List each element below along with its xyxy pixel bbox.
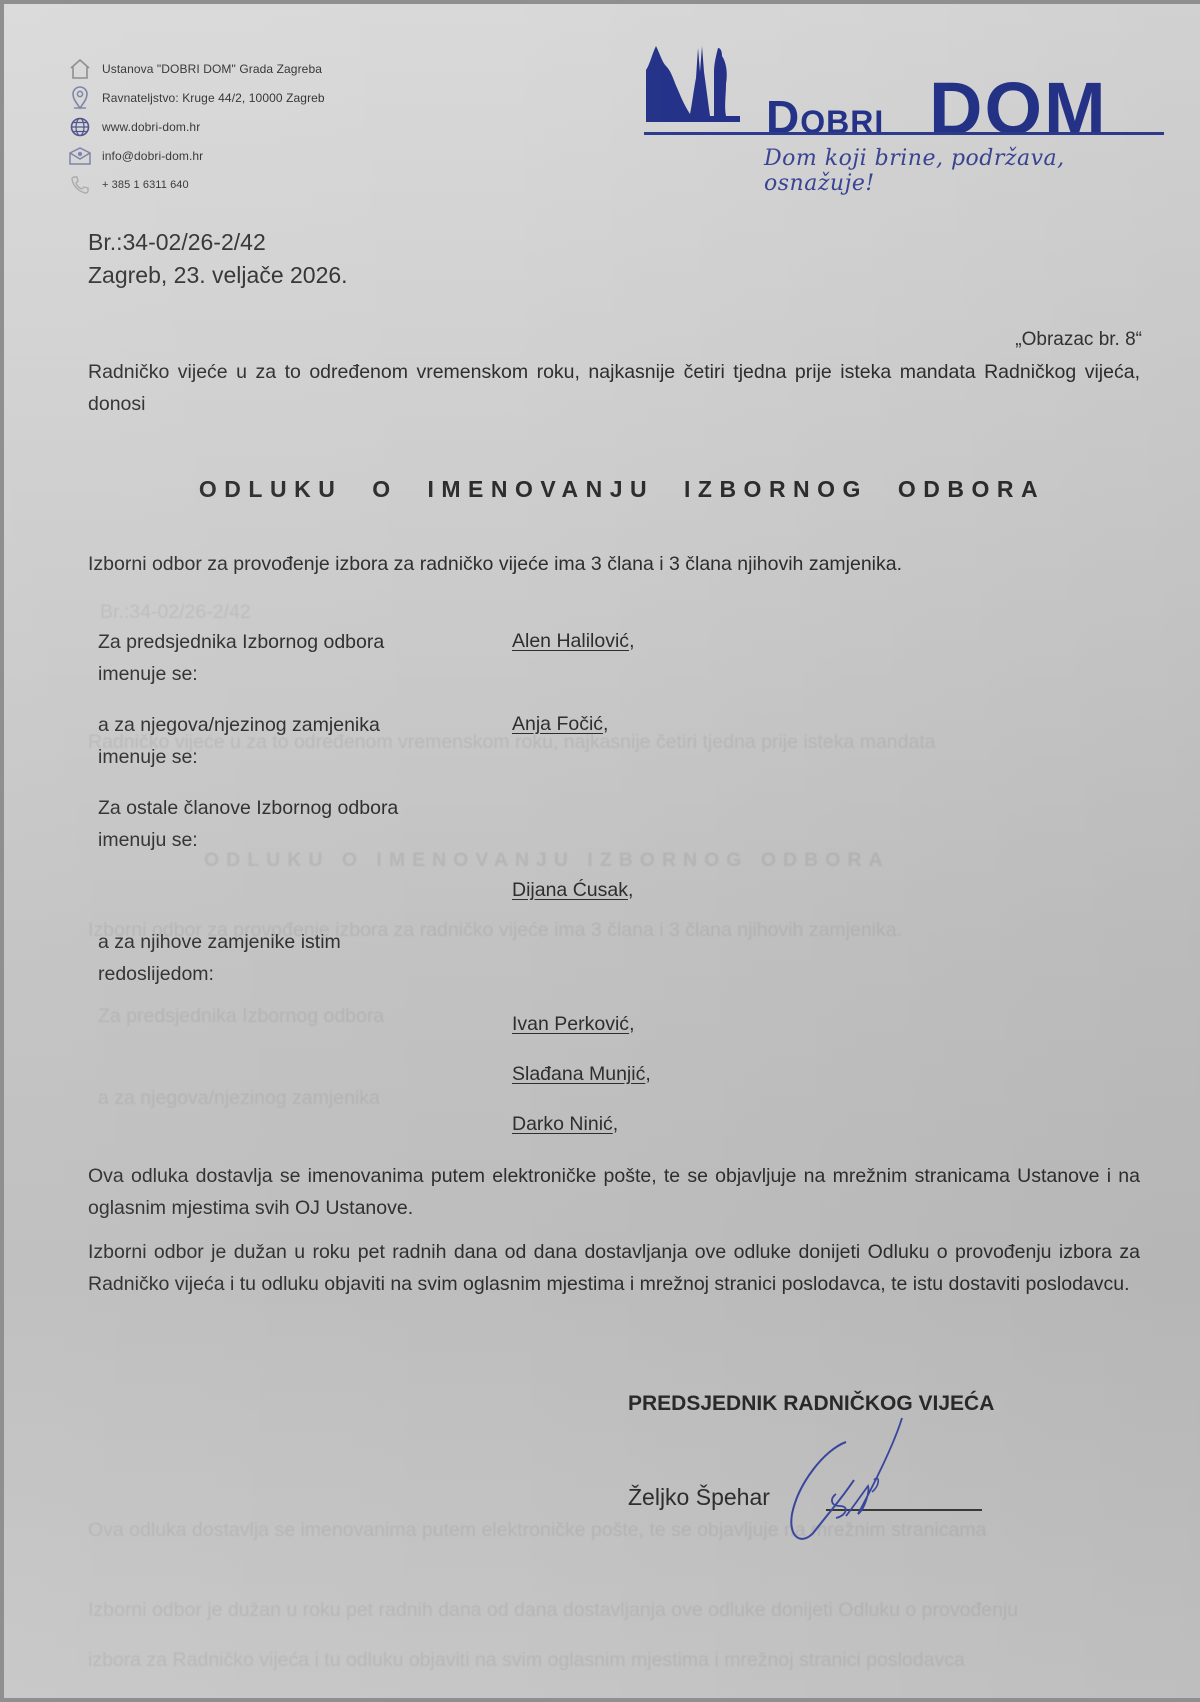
signature-title: PREDSJEDNIK RADNIČKOG VIJEĆA bbox=[628, 1392, 994, 1416]
phone-icon bbox=[68, 174, 92, 196]
bleed-through-text: Izborni odbor je dužan u roku pet radnih… bbox=[88, 1594, 1018, 1626]
logo-rule bbox=[644, 132, 1164, 135]
zagreb-skyline-icon bbox=[644, 42, 744, 124]
summary-paragraph: Izborni odbor za provođenje izbora za ra… bbox=[88, 548, 1140, 580]
reference-number: Br.:34-02/26-2/42 bbox=[88, 226, 348, 259]
delivery-paragraph: Ova odluka dostavlja se imenovanima pute… bbox=[88, 1160, 1140, 1224]
contact-email[interactable]: info@dobri-dom.hr bbox=[68, 141, 325, 170]
logo-word-dom: DOM bbox=[929, 66, 1108, 151]
deputy-label: a za njegova/njezinog zamjenika imenuje … bbox=[98, 709, 380, 773]
logo-word-dobri: Dobri bbox=[766, 90, 884, 144]
member-deputy-name: Slađana Munjić, bbox=[512, 1063, 651, 1086]
document-title: ODLUKU O IMENOVANJU IZBORNOG ODBORA bbox=[4, 476, 1200, 503]
bleed-through-text: Br.:34-02/26-2/42 bbox=[100, 596, 251, 628]
handwritten-signature bbox=[784, 1414, 984, 1554]
bleed-through-text: izbora za Radničko vijeća i tu odluku ob… bbox=[88, 1644, 965, 1676]
member-deputy-name: Ivan Perković, bbox=[512, 1013, 634, 1036]
duty-paragraph: Izborni odbor je dužan u roku pet radnih… bbox=[88, 1236, 1140, 1300]
contact-block: Ustanova "DOBRI DOM" Grada Zagreba Ravna… bbox=[68, 54, 325, 199]
bleed-through-text: Za predsjednika Izbornog odbora bbox=[98, 1000, 384, 1032]
contact-phone[interactable]: + 385 1 6311 640 bbox=[68, 170, 325, 199]
document-page: Br.:34-02/26-2/42 Radničko vijeće u za t… bbox=[4, 4, 1200, 1698]
president-name: Alen Halilović, bbox=[512, 630, 634, 653]
envelope-icon bbox=[68, 145, 92, 167]
logo-tagline: Dom koji brine, podržava, osnažuje! bbox=[764, 146, 1174, 196]
contact-address: Ustanova "DOBRI DOM" Grada Zagreba bbox=[68, 54, 325, 83]
globe-icon bbox=[68, 116, 92, 138]
bleed-through-text: a za njegova/njezinog zamjenika bbox=[98, 1082, 380, 1114]
dobri-dom-logo: Dobri DOM Dom koji brine, podržava, osna… bbox=[644, 42, 1174, 202]
place-date: Zagreb, 23. veljače 2026. bbox=[88, 259, 348, 292]
contact-headquarters: Ravnateljstvo: Kruge 44/2, 10000 Zagreb bbox=[68, 83, 325, 112]
reference-block: Br.:34-02/26-2/42 Zagreb, 23. veljače 20… bbox=[88, 226, 348, 292]
form-number: „Obrazac br. 8“ bbox=[1015, 329, 1142, 351]
member-deputies-label: a za njihove zamjenike istim redoslijedo… bbox=[98, 926, 341, 990]
home-icon bbox=[68, 58, 92, 80]
intro-paragraph: Radničko vijeće u za to određenom vremen… bbox=[88, 356, 1140, 420]
president-label: Za predsjednika Izbornog odbora imenuje … bbox=[98, 626, 384, 690]
location-pin-icon bbox=[68, 87, 92, 109]
member-name: Dijana Ćusak, bbox=[512, 879, 633, 902]
member-deputy-name: Darko Ninić, bbox=[512, 1113, 618, 1136]
signatory-name: Željko Špehar bbox=[628, 1484, 770, 1511]
contact-website[interactable]: www.dobri-dom.hr bbox=[68, 112, 325, 141]
deputy-name: Anja Fočić, bbox=[512, 713, 608, 736]
members-label: Za ostale članove Izbornog odbora imenuj… bbox=[98, 792, 398, 856]
